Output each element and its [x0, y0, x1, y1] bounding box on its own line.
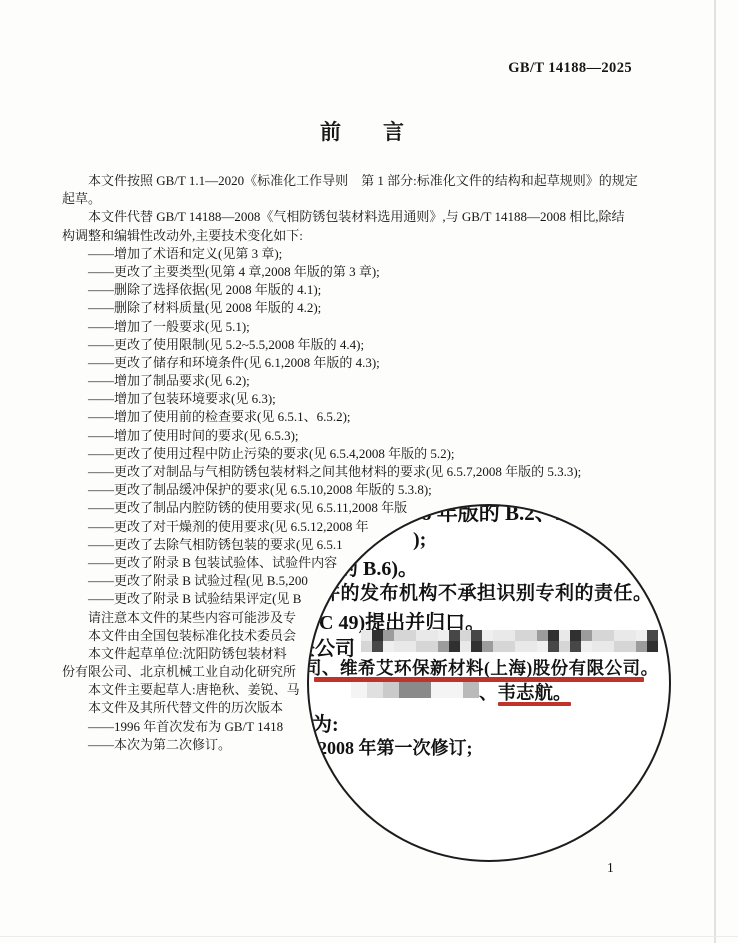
- body-line: ——更改了使用过程中防止污染的要求(见 6.5.4,2008 年版的 5.2);: [62, 445, 687, 463]
- magnified-line-3: 版的 B.6)。: [318, 552, 418, 581]
- body-line: 本文件按照 GB/T 1.1—2020《标准化工作导则 第 1 部分:标准化文件…: [62, 172, 687, 190]
- redacted-mosaic-1: [361, 630, 659, 652]
- standard-number: GB/T 14188—2025: [508, 60, 632, 77]
- body-line: ——更改了制品缓冲保护的要求(见 6.5.10,2008 年版的 5.3.8);: [62, 481, 687, 499]
- body-line: ——增加了使用前的检查要求(见 6.5.1、6.5.2);: [62, 408, 687, 426]
- body-line: ——增加了包装环境要求(见 6.3);: [62, 390, 687, 408]
- scan-edge-bottom-line: [0, 936, 738, 937]
- body-line: ——增加了制品要求(见 6.2);: [62, 372, 687, 390]
- page-title: 前 言: [0, 116, 724, 146]
- magnified-line-1: 8 年版的 B.2、B: [421, 504, 570, 527]
- body-line: ——更改了主要类型(见第 4 章,2008 年版的第 3 章);: [62, 263, 687, 281]
- body-line: 构调整和编辑性改动外,主要技术变化如下:: [62, 227, 687, 245]
- magnified-line-4: 件的发布机构不承担识别专利的责任。: [321, 578, 653, 605]
- magnified-line-2: );: [413, 529, 426, 552]
- magnified-line-10: 2008 年第一次修订;: [318, 734, 473, 760]
- body-line: ——增加了术语和定义(见第 3 章);: [62, 245, 687, 263]
- magnified-line-9: 为:: [312, 708, 339, 737]
- body-line: 本文件代替 GB/T 14188—2008《气相防锈包装材料选用通则》,与 GB…: [62, 208, 687, 226]
- body-line: ——删除了材料质量(见 2008 年版的 4.2);: [62, 299, 687, 317]
- body-line: ——更改了对制品与气相防锈包装材料之间其他材料的要求(见 6.5.7,2008 …: [62, 463, 687, 481]
- body-line: ——更改了对干燥剂的使用要求(见 6.5.12,2008 年: [62, 518, 687, 536]
- body-line: ——删除了选择依据(见 2008 年版的 4.1);: [62, 281, 687, 299]
- page-number: 1: [607, 860, 614, 876]
- body-line: ——更改了使用限制(见 5.2~5.5,2008 年版的 4.4);: [62, 336, 687, 354]
- body-line: ——增加了一般要求(见 5.1);: [62, 318, 687, 336]
- document-page: GB/T 14188—2025 前 言 本文件按照 GB/T 1.1—2020《…: [0, 0, 738, 943]
- body-line: ——增加了使用时间的要求(见 6.5.3);: [62, 427, 687, 445]
- body-line: 起草。: [62, 190, 687, 208]
- redacted-mosaic-2: [351, 682, 481, 699]
- red-underline-name: [498, 702, 571, 706]
- body-line: ——更改了制品内腔防锈的使用要求(见 6.5.11,2008 年版: [62, 499, 687, 517]
- body-line: ——更改了储存和环境条件(见 6.1,2008 年版的 4.3);: [62, 354, 687, 372]
- magnifier-circle: 8 年版的 B.2、B ); 版的 B.6)。 件的发布机构不承担识别专利的责任…: [307, 504, 671, 862]
